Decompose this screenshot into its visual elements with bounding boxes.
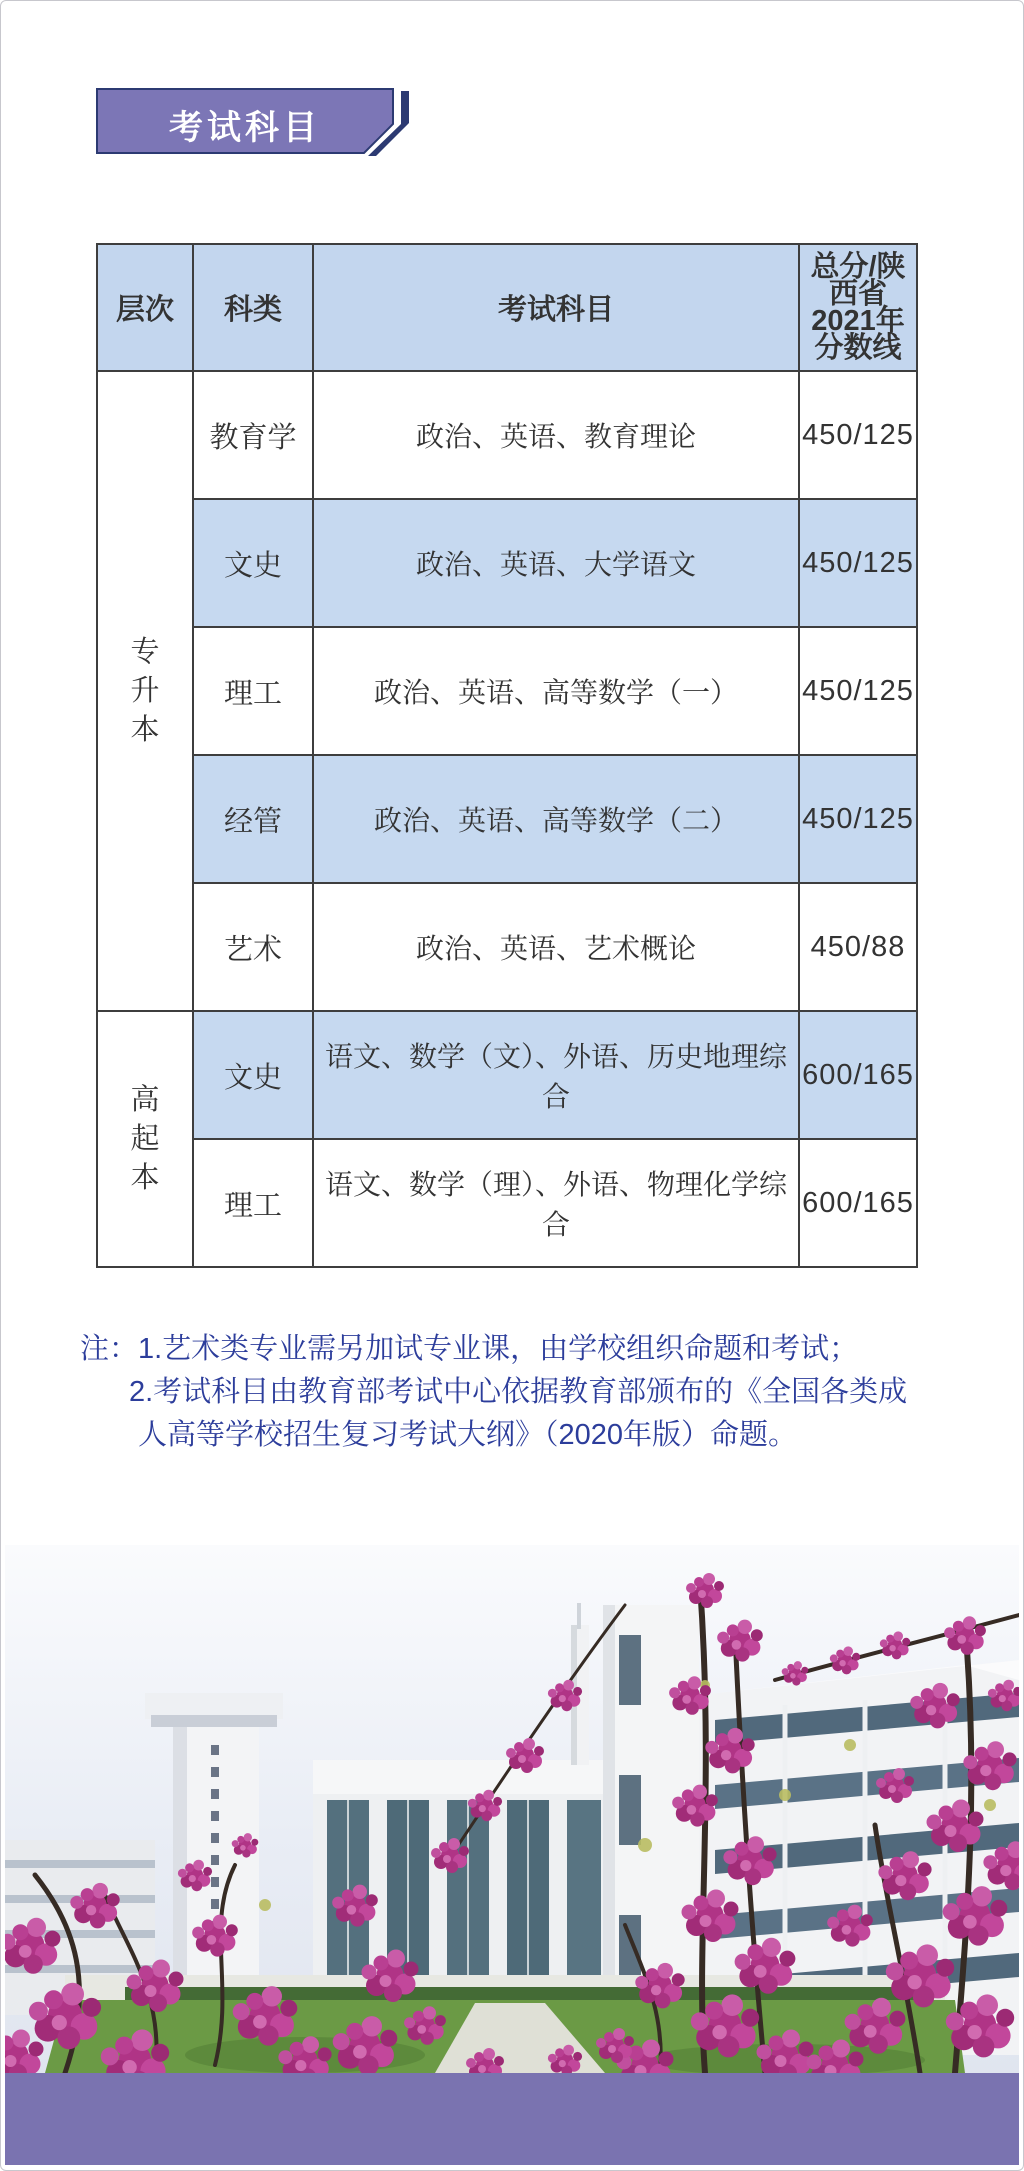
exam-subjects-table: 层次 科类 考试科目 总分/陕西省 2021年 分数线 专升本 教育学 政治、英…: [96, 243, 918, 1268]
table-row: 理工 语文、数学（理）、外语、物理化学综合 600/165: [97, 1139, 917, 1267]
header-scoreline-l3: 分数线: [814, 332, 901, 364]
cell-category: 文史: [193, 1011, 313, 1139]
cell-category: 文史: [193, 499, 313, 627]
level-label: 高起本: [129, 1081, 161, 1198]
cell-subjects: 政治、英语、教育理论: [313, 371, 799, 499]
cell-score: 450/125: [799, 499, 917, 627]
cell-subjects: 政治、英语、高等数学（二）: [313, 755, 799, 883]
title-badge: 考试科目: [96, 88, 426, 160]
level-label: 专升本: [129, 633, 161, 750]
cell-subjects: 政治、英语、高等数学（一）: [313, 627, 799, 755]
cell-score: 600/165: [799, 1139, 917, 1267]
cell-score: 450/88: [799, 883, 917, 1011]
header-subjects: 考试科目: [313, 244, 799, 371]
header-level: 层次: [97, 244, 193, 371]
table-row: 高起本 文史 语文、数学（文）、外语、历史地理综合 600/165: [97, 1011, 917, 1139]
page: 考试科目 层次 科类 考试科目 总分/陕西省 2021年 分数线 专升本 教育学…: [0, 0, 1024, 2171]
cell-category: 经管: [193, 755, 313, 883]
table-header-row: 层次 科类 考试科目 总分/陕西省 2021年 分数线: [97, 244, 917, 371]
footer-bar: [5, 2073, 1019, 2165]
cell-subjects: 语文、数学（理）、外语、物理化学综合: [313, 1139, 799, 1267]
notes-block: 注：1.艺术类专业需另加试专业课，由学校组织命题和考试； 2.考试科目由教育部考…: [80, 1328, 970, 1457]
cell-score: 450/125: [799, 755, 917, 883]
page-title: 考试科目: [96, 100, 394, 149]
cell-category: 艺术: [193, 883, 313, 1011]
header-scoreline: 总分/陕西省 2021年 分数线: [799, 244, 917, 371]
cell-category: 理工: [193, 1139, 313, 1267]
cell-category: 教育学: [193, 371, 313, 499]
table-row: 经管 政治、英语、高等数学（二） 450/125: [97, 755, 917, 883]
note-line: 2.考试科目由教育部考试中心依据教育部颁布的《全国各类成: [129, 1371, 970, 1414]
table-row: 文史 政治、英语、大学语文 450/125: [97, 499, 917, 627]
cell-score: 450/125: [799, 371, 917, 499]
header-category: 科类: [193, 244, 313, 371]
cell-subjects: 语文、数学（文）、外语、历史地理综合: [313, 1011, 799, 1139]
table-row: 专升本 教育学 政治、英语、教育理论 450/125: [97, 371, 917, 499]
note-line: 注：1.艺术类专业需另加试专业课，由学校组织命题和考试；: [80, 1328, 970, 1371]
header-scoreline-l1: 总分/陕西省: [810, 251, 905, 310]
table-row: 艺术 政治、英语、艺术概论 450/88: [97, 883, 917, 1011]
table-row: 理工 政治、英语、高等数学（一） 450/125: [97, 627, 917, 755]
cell-subjects: 政治、英语、艺术概论: [313, 883, 799, 1011]
note-line: 人高等学校招生复习考试大纲》（2020年版）命题。: [138, 1414, 970, 1457]
level-gaoqiben: 高起本: [97, 1011, 193, 1267]
level-zhuanshengben: 专升本: [97, 371, 193, 1011]
cell-subjects: 政治、英语、大学语文: [313, 499, 799, 627]
cell-score: 450/125: [799, 627, 917, 755]
cell-category: 理工: [193, 627, 313, 755]
campus-photo: [5, 1545, 1019, 2073]
cell-score: 600/165: [799, 1011, 917, 1139]
